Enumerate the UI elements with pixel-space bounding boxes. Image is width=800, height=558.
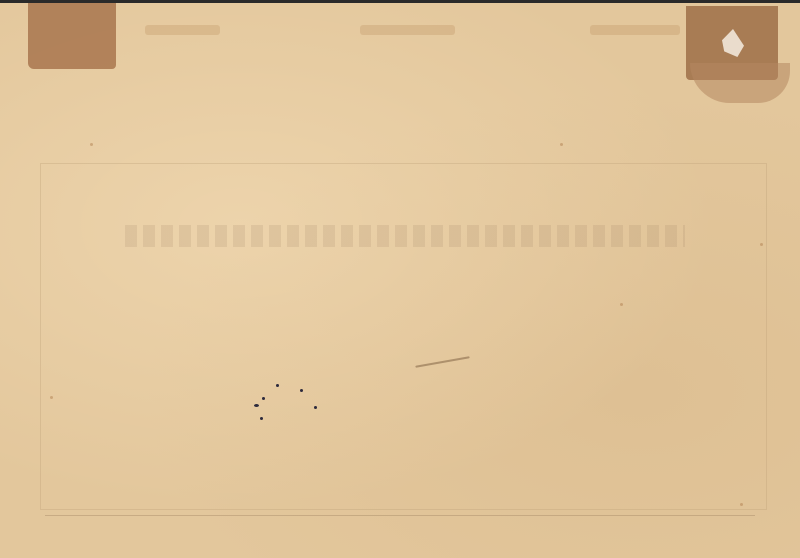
speck	[560, 143, 563, 146]
ink-dot	[276, 384, 279, 387]
ink-dot	[314, 406, 317, 409]
speck	[760, 243, 763, 246]
ink-dot	[260, 417, 263, 420]
speck	[620, 303, 623, 306]
speck	[90, 143, 93, 146]
faint-bottom-line	[45, 515, 755, 516]
faded-print-text	[125, 225, 685, 247]
ink-dot	[254, 404, 259, 407]
faint-printed-border	[40, 163, 767, 510]
ink-dot	[300, 389, 303, 392]
stain-bleed-right	[690, 63, 790, 103]
faint-stain-strip	[360, 25, 455, 35]
mounting-stain-left	[28, 3, 116, 69]
aged-paper-card	[0, 3, 800, 558]
ink-dot	[262, 397, 265, 400]
speck	[740, 503, 743, 506]
speck	[50, 396, 53, 399]
faint-stain-strip	[590, 25, 680, 35]
faint-stain-strip	[145, 25, 220, 35]
